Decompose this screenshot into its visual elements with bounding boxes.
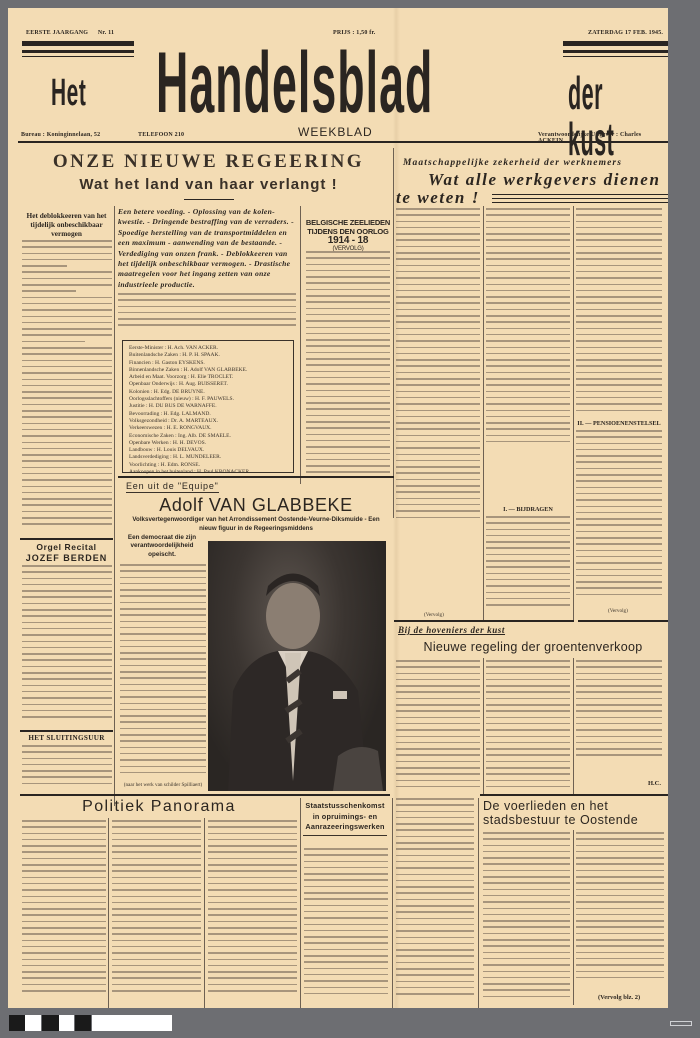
zeelieden-title: BELGISCHE ZEELIEDEN TIJDENS DEN OORLOG (302, 218, 394, 236)
gardeners-headline: Nieuwe regeling der groentenverkoop (396, 640, 668, 654)
minister-entry: Financien : H. Gaston EYSKENS. (129, 360, 287, 367)
title-der-kust: der kust (568, 70, 615, 162)
column-rule (114, 206, 115, 806)
social-security-headline: Wat alle werkgevers dienen (428, 170, 661, 190)
scan-bar-white (59, 1015, 74, 1031)
rule (394, 620, 574, 622)
social-security-body-1 (486, 208, 570, 453)
gardeners-continued-body (396, 798, 474, 998)
column-rule (393, 148, 394, 518)
column-rule (573, 206, 574, 621)
panorama-body-3 (208, 820, 297, 995)
drivers-body-2 (576, 832, 664, 982)
left-article-body (22, 240, 112, 532)
panorama-headline: Politiek Panorama (20, 798, 298, 816)
minister-entry: Landsverdediging : H. L. MUNDELEER. (129, 454, 287, 461)
title-het: Het (51, 72, 86, 115)
closing-hour-body (22, 745, 112, 791)
minister-entry: Voorlichting : H. Edm. RONSE. (129, 462, 287, 469)
column-rule (483, 658, 484, 796)
scan-bar-black (75, 1015, 91, 1031)
zeelieden-body-continued (396, 208, 480, 526)
rule (480, 794, 668, 796)
rule-right-hair (563, 56, 668, 57)
rule (578, 620, 668, 622)
portrait-figure-icon (208, 541, 386, 791)
section-bijdragen: I. — BIJDRAGEN (486, 506, 570, 513)
weekblad-subtitle: WEEKBLAD (298, 125, 373, 139)
rule (20, 730, 113, 732)
zeelieden-title-block: BELGISCHE ZEELIEDEN TIJDENS DEN OORLOG 1… (302, 218, 394, 254)
minister-entry: Justitie : H. DU BUS DE WARNAFFE. (129, 403, 287, 410)
profile-name: Adolf VAN GLABBEKE (120, 495, 392, 515)
rule-left-thin (22, 50, 134, 53)
lead-deck: Een betere voeding. - Oplossing van de k… (118, 207, 296, 290)
minister-entry: Buitenlandsche Zaken : H. P. H. SPAAK. (129, 352, 287, 359)
column-rule (573, 658, 574, 796)
ministers-list: Eerste-Minister : H. Ach. VAN ACKER. Bui… (123, 341, 293, 480)
column-rule (478, 798, 479, 1008)
volume-line: EERSTE JAARGANG Nr. 11 (26, 30, 114, 36)
social-security-kicker: Maatschappelijke zekerheid der werknemer… (403, 158, 622, 168)
rule-right-thick (563, 41, 668, 46)
gardeners-signature: H.C. (648, 780, 661, 787)
state-intervention-body (304, 848, 388, 998)
scan-scale-marker (670, 1021, 692, 1026)
minister-entry: Oorlogsslachtoffers (nieuw) : H. F. PAUW… (129, 396, 287, 403)
zeelieden-footer: (Vervolg) (424, 612, 444, 618)
scan-bar-white (25, 1015, 41, 1031)
social-security-footer: (Vervolg) (608, 608, 628, 614)
minister-entry: Economische Zaken : Ing. Alb. DE SMAELE. (129, 433, 287, 440)
lead-subheadline: Wat het land van haar verlangt ! (36, 176, 381, 193)
minister-entry: Kolonien : H. Edg. DE BRUYNE. (129, 389, 287, 396)
telephone: TELEFOON 210 (138, 132, 184, 138)
bureau-address: Bureau : Koninginnelaan, 52 (21, 132, 100, 138)
recital-title: Orgel Recital (20, 542, 113, 552)
gardeners-body-2 (486, 660, 570, 792)
rule-right-thin (563, 50, 668, 53)
column-rule (300, 798, 301, 1008)
ministers-box: Eerste-Minister : H. Ach. VAN ACKER. Bui… (122, 340, 294, 473)
newspaper-page: EERSTE JAARGANG Nr. 11 PRIJS : 1,50 fr. … (8, 8, 668, 1008)
state-intervention-title: Staatstusschenkomst in opruimings- en Aa… (303, 801, 387, 836)
panorama-body-2 (112, 820, 201, 995)
rule (118, 476, 394, 478)
gardeners-body-1 (396, 660, 480, 792)
section-pensioenenstelsel: II. — PENSIOENENSTELSEL (576, 420, 662, 427)
zeelieden-years: 1914 - 18 (302, 236, 394, 245)
gardeners-body-3 (576, 660, 662, 764)
photo-caption: (naar het werk van schilder Spilliaert) (120, 782, 206, 788)
portrait-photo (208, 541, 386, 791)
column-rule (108, 818, 109, 1008)
lead-body (118, 293, 296, 333)
minister-entry: Verkeerswezen : H. E. RONGVAUX. (129, 425, 287, 432)
social-security-body-2 (486, 516, 570, 614)
ornament-rule (184, 199, 234, 200)
rule-left-hair (22, 56, 134, 57)
issue-number: Nr. 11 (98, 30, 114, 36)
scan-bar-white (92, 1015, 172, 1031)
recital-body (22, 565, 112, 723)
minister-entry: Openbaar Onderwijs : H. Aug. BUISSERET. (129, 381, 287, 388)
social-security-headline-2: te weten ! (396, 188, 480, 208)
minister-entry: Volksgezondheid : Dr. A. MARTEAUX. (129, 418, 287, 425)
scan-bar-black (9, 1015, 25, 1031)
lead-headline: ONZE NIEUWE REGEERING (36, 151, 381, 173)
masthead-rule (18, 141, 668, 143)
drivers-headline: De voerlieden en het stadsbestuur te Oos… (483, 799, 668, 827)
rule (20, 538, 113, 540)
minister-entry: Arbeid en Maat. Voorzorg : H. Elie TROCL… (129, 374, 287, 381)
column-rule (573, 830, 574, 1005)
minister-entry: Openbare Werken : H. H. DEVOS. (129, 440, 287, 447)
profile-intro: Een democraat die zijn verantwoordelijkh… (118, 534, 206, 559)
profile-body (120, 564, 206, 779)
issue-date: ZATERDAG 17 FEB. 1945. (588, 30, 663, 36)
column-rule (300, 206, 301, 484)
column-rule (392, 798, 393, 1008)
rule (492, 202, 668, 203)
rule (20, 794, 390, 796)
minister-entry: Bevoorrading : H. Edg. LALMAND. (129, 411, 287, 418)
minister-entry: Eerste-Minister : H. Ach. VAN ACKER. (129, 345, 287, 352)
panorama-body-1 (22, 820, 106, 995)
minister-entry: Landbouw : H. Louis DELVAUX. (129, 447, 287, 454)
rule (492, 194, 668, 195)
scan-bar-black (42, 1015, 59, 1031)
volume: EERSTE JAARGANG (26, 30, 88, 36)
social-security-body-4 (576, 430, 662, 605)
profile-subtitle: Volksvertegenwoordiger van het Arrondiss… (128, 516, 384, 533)
closing-hour-title: HET SLUITINGSUUR (20, 734, 113, 742)
gardeners-kicker: Bij de hoveniers der kust (398, 625, 505, 635)
left-article-title: Het deblokkeeren van het tijdelijk onbes… (20, 211, 113, 238)
drivers-footer: (Vervolg blz. 2) (598, 994, 640, 1001)
drivers-body-1 (483, 832, 570, 1000)
profile-kicker: Een uit de "Equipe" (126, 481, 219, 493)
column-rule (204, 818, 205, 1008)
minister-entry: Binnenlandsche Zaken : H. Adolf VAN GLAB… (129, 367, 287, 374)
masthead-title: Handelsblad (156, 40, 433, 126)
zeelieden-body (306, 251, 390, 481)
column-rule (483, 206, 484, 621)
recital-name: JOZEF BERDEN (20, 553, 113, 563)
rule-left-thick (22, 41, 134, 46)
social-security-body-3 (576, 208, 662, 418)
rule (492, 198, 668, 199)
